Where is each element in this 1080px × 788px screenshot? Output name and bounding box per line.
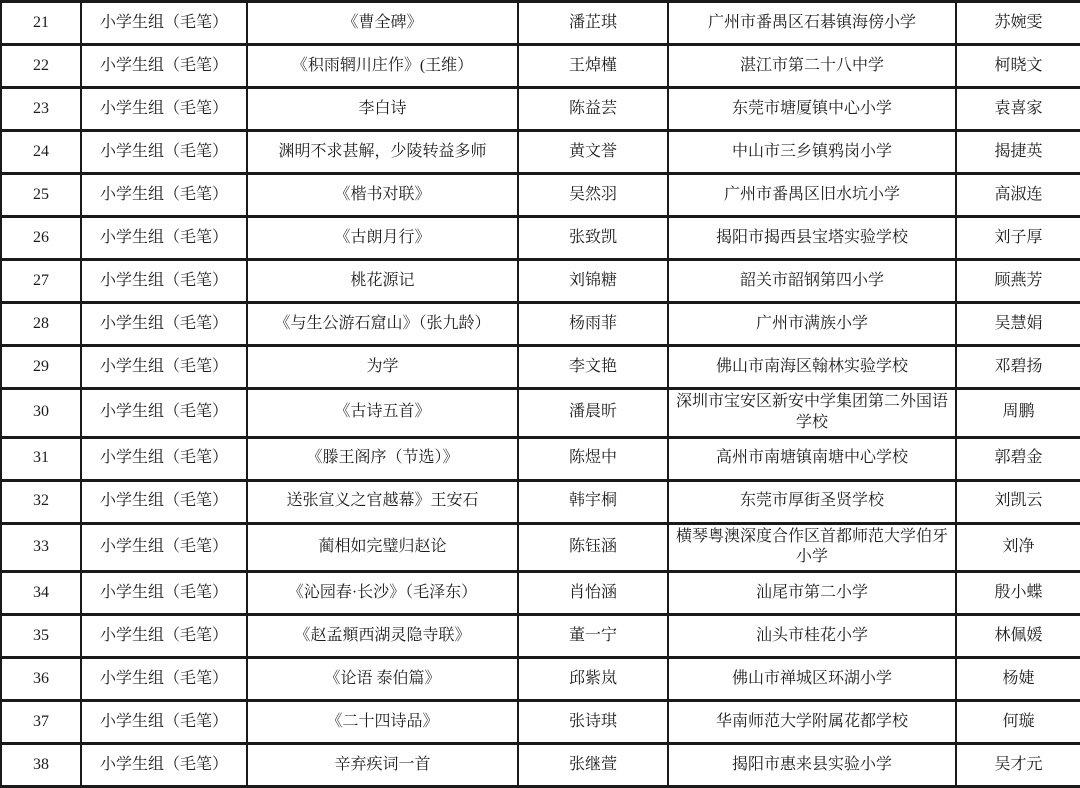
cell-group: 小学生组（毛笔） [81, 389, 247, 438]
cell-group: 小学生组（毛笔） [81, 45, 247, 88]
cell-author: 董一宁 [518, 615, 668, 658]
cell-number: 24 [1, 131, 81, 174]
cell-author: 张诗琪 [518, 701, 668, 744]
cell-group: 小学生组（毛笔） [81, 572, 247, 615]
table-row: 33小学生组（毛笔）蔺相如完璧归赵论陈钰涵横琴粤澳深度合作区首都师范大学伯牙小学… [1, 523, 1080, 572]
cell-author: 潘晨昕 [518, 389, 668, 438]
cell-author: 韩宇桐 [518, 480, 668, 523]
results-table-body: 21小学生组（毛笔）《曹全碑》潘芷琪广州市番禺区石碁镇海傍小学苏婉雯22小学生组… [1, 2, 1080, 787]
cell-title: 李白诗 [247, 88, 518, 131]
cell-number: 23 [1, 88, 81, 131]
cell-school: 广州市番禺区石碁镇海傍小学 [668, 2, 956, 45]
cell-teacher: 柯晓文 [956, 45, 1080, 88]
results-table: 21小学生组（毛笔）《曹全碑》潘芷琪广州市番禺区石碁镇海傍小学苏婉雯22小学生组… [0, 0, 1080, 788]
table-row: 29小学生组（毛笔）为学李文艳佛山市南海区翰林实验学校邓碧扬 [1, 346, 1080, 389]
cell-title: 《与生公游石窟山》（张九龄） [247, 303, 518, 346]
cell-number: 28 [1, 303, 81, 346]
cell-number: 21 [1, 2, 81, 45]
cell-number: 37 [1, 701, 81, 744]
cell-author: 王焯槿 [518, 45, 668, 88]
cell-teacher: 高淑连 [956, 174, 1080, 217]
cell-author: 黄文誉 [518, 131, 668, 174]
cell-number: 34 [1, 572, 81, 615]
cell-author: 陈煜中 [518, 437, 668, 480]
table-row: 37小学生组（毛笔）《二十四诗品》张诗琪华南师范大学附属花都学校何璇 [1, 701, 1080, 744]
cell-number: 31 [1, 437, 81, 480]
cell-number: 35 [1, 615, 81, 658]
table-row: 38小学生组（毛笔）辛弃疾词一首张继萱揭阳市惠来县实验小学吴才元 [1, 744, 1080, 787]
cell-author: 陈益芸 [518, 88, 668, 131]
cell-teacher: 郭碧金 [956, 437, 1080, 480]
cell-group: 小学生组（毛笔） [81, 346, 247, 389]
cell-author: 陈钰涵 [518, 523, 668, 572]
cell-teacher: 邓碧扬 [956, 346, 1080, 389]
cell-title: 《滕王阁序（节选）》 [247, 437, 518, 480]
cell-school: 横琴粤澳深度合作区首都师范大学伯牙小学 [668, 523, 956, 572]
cell-number: 27 [1, 260, 81, 303]
cell-teacher: 杨婕 [956, 658, 1080, 701]
cell-teacher: 林佩媛 [956, 615, 1080, 658]
cell-number: 26 [1, 217, 81, 260]
cell-teacher: 何璇 [956, 701, 1080, 744]
cell-teacher: 揭捷英 [956, 131, 1080, 174]
cell-group: 小学生组（毛笔） [81, 701, 247, 744]
cell-author: 吴然羽 [518, 174, 668, 217]
cell-title: 《论语 泰伯篇》 [247, 658, 518, 701]
cell-title: 《赵孟頫西湖灵隐寺联》 [247, 615, 518, 658]
cell-teacher: 殷小蝶 [956, 572, 1080, 615]
cell-school: 广州市番禺区旧水坑小学 [668, 174, 956, 217]
table-row: 23小学生组（毛笔）李白诗陈益芸东莞市塘厦镇中心小学袁喜家 [1, 88, 1080, 131]
table-row: 25小学生组（毛笔）《楷书对联》吴然羽广州市番禺区旧水坑小学高淑连 [1, 174, 1080, 217]
cell-group: 小学生组（毛笔） [81, 88, 247, 131]
table-row: 22小学生组（毛笔）《积雨辋川庄作》(王维）王焯槿湛江市第二十八中学柯晓文 [1, 45, 1080, 88]
cell-title: 蔺相如完璧归赵论 [247, 523, 518, 572]
cell-group: 小学生组（毛笔） [81, 217, 247, 260]
cell-teacher: 吴才元 [956, 744, 1080, 787]
cell-title: 辛弃疾词一首 [247, 744, 518, 787]
cell-school: 汕尾市第二小学 [668, 572, 956, 615]
cell-school: 华南师范大学附属花都学校 [668, 701, 956, 744]
cell-number: 22 [1, 45, 81, 88]
cell-title: 为学 [247, 346, 518, 389]
cell-author: 肖怡涵 [518, 572, 668, 615]
cell-group: 小学生组（毛笔） [81, 303, 247, 346]
cell-title: 《古诗五首》 [247, 389, 518, 438]
table-row: 30小学生组（毛笔）《古诗五首》潘晨昕深圳市宝安区新安中学集团第二外国语学校周鹏 [1, 389, 1080, 438]
cell-school: 汕头市桂花小学 [668, 615, 956, 658]
cell-school: 韶关市韶钢第四小学 [668, 260, 956, 303]
cell-school: 高州市南塘镇南塘中心学校 [668, 437, 956, 480]
cell-school: 中山市三乡镇鸦岗小学 [668, 131, 956, 174]
table-row: 34小学生组（毛笔）《沁园春·长沙》（毛泽东）肖怡涵汕尾市第二小学殷小蝶 [1, 572, 1080, 615]
cell-teacher: 顾燕芳 [956, 260, 1080, 303]
table-row: 36小学生组（毛笔）《论语 泰伯篇》邱紫岚佛山市禅城区环湖小学杨婕 [1, 658, 1080, 701]
cell-teacher: 周鹏 [956, 389, 1080, 438]
table-row: 31小学生组（毛笔）《滕王阁序（节选）》陈煜中高州市南塘镇南塘中心学校郭碧金 [1, 437, 1080, 480]
cell-title: 桃花源记 [247, 260, 518, 303]
cell-author: 杨雨菲 [518, 303, 668, 346]
cell-author: 李文艳 [518, 346, 668, 389]
cell-number: 25 [1, 174, 81, 217]
cell-school: 广州市满族小学 [668, 303, 956, 346]
cell-group: 小学生组（毛笔） [81, 437, 247, 480]
cell-group: 小学生组（毛笔） [81, 480, 247, 523]
cell-school: 佛山市南海区翰林实验学校 [668, 346, 956, 389]
cell-number: 29 [1, 346, 81, 389]
table-row: 27小学生组（毛笔）桃花源记刘锦糖韶关市韶钢第四小学顾燕芳 [1, 260, 1080, 303]
cell-author: 潘芷琪 [518, 2, 668, 45]
cell-title: 《楷书对联》 [247, 174, 518, 217]
table-row: 24小学生组（毛笔）渊明不求甚解，少陵转益多师黄文誉中山市三乡镇鸦岗小学揭捷英 [1, 131, 1080, 174]
cell-title: 《沁园春·长沙》（毛泽东） [247, 572, 518, 615]
cell-title: 渊明不求甚解，少陵转益多师 [247, 131, 518, 174]
cell-group: 小学生组（毛笔） [81, 658, 247, 701]
document-page: 21小学生组（毛笔）《曹全碑》潘芷琪广州市番禺区石碁镇海傍小学苏婉雯22小学生组… [0, 0, 1080, 782]
table-row: 35小学生组（毛笔）《赵孟頫西湖灵隐寺联》董一宁汕头市桂花小学林佩媛 [1, 615, 1080, 658]
cell-teacher: 刘凯云 [956, 480, 1080, 523]
cell-teacher: 刘子厚 [956, 217, 1080, 260]
cell-author: 张致凯 [518, 217, 668, 260]
cell-school: 东莞市厚街圣贤学校 [668, 480, 956, 523]
cell-author: 刘锦糖 [518, 260, 668, 303]
cell-number: 30 [1, 389, 81, 438]
table-row: 28小学生组（毛笔）《与生公游石窟山》（张九龄）杨雨菲广州市满族小学吴慧娟 [1, 303, 1080, 346]
cell-group: 小学生组（毛笔） [81, 615, 247, 658]
table-row: 32小学生组（毛笔）送张宣义之官越幕》王安石韩宇桐东莞市厚街圣贤学校刘凯云 [1, 480, 1080, 523]
cell-school: 揭阳市揭西县宝塔实验学校 [668, 217, 956, 260]
cell-title: 《古朗月行》 [247, 217, 518, 260]
cell-teacher: 刘净 [956, 523, 1080, 572]
cell-group: 小学生组（毛笔） [81, 131, 247, 174]
cell-group: 小学生组（毛笔） [81, 744, 247, 787]
cell-group: 小学生组（毛笔） [81, 260, 247, 303]
cell-teacher: 袁喜家 [956, 88, 1080, 131]
cell-title: 《曹全碑》 [247, 2, 518, 45]
cell-author: 张继萱 [518, 744, 668, 787]
cell-author: 邱紫岚 [518, 658, 668, 701]
cell-number: 32 [1, 480, 81, 523]
cell-group: 小学生组（毛笔） [81, 523, 247, 572]
cell-number: 38 [1, 744, 81, 787]
cell-school: 东莞市塘厦镇中心小学 [668, 88, 956, 131]
cell-school: 佛山市禅城区环湖小学 [668, 658, 956, 701]
cell-school: 揭阳市惠来县实验小学 [668, 744, 956, 787]
cell-school: 深圳市宝安区新安中学集团第二外国语学校 [668, 389, 956, 438]
cell-title: 送张宣义之官越幕》王安石 [247, 480, 518, 523]
cell-teacher: 苏婉雯 [956, 2, 1080, 45]
cell-number: 36 [1, 658, 81, 701]
table-row: 21小学生组（毛笔）《曹全碑》潘芷琪广州市番禺区石碁镇海傍小学苏婉雯 [1, 2, 1080, 45]
cell-group: 小学生组（毛笔） [81, 174, 247, 217]
cell-group: 小学生组（毛笔） [81, 2, 247, 45]
cell-title: 《二十四诗品》 [247, 701, 518, 744]
cell-teacher: 吴慧娟 [956, 303, 1080, 346]
cell-school: 湛江市第二十八中学 [668, 45, 956, 88]
cell-title: 《积雨辋川庄作》(王维） [247, 45, 518, 88]
table-row: 26小学生组（毛笔）《古朗月行》张致凯揭阳市揭西县宝塔实验学校刘子厚 [1, 217, 1080, 260]
cell-number: 33 [1, 523, 81, 572]
